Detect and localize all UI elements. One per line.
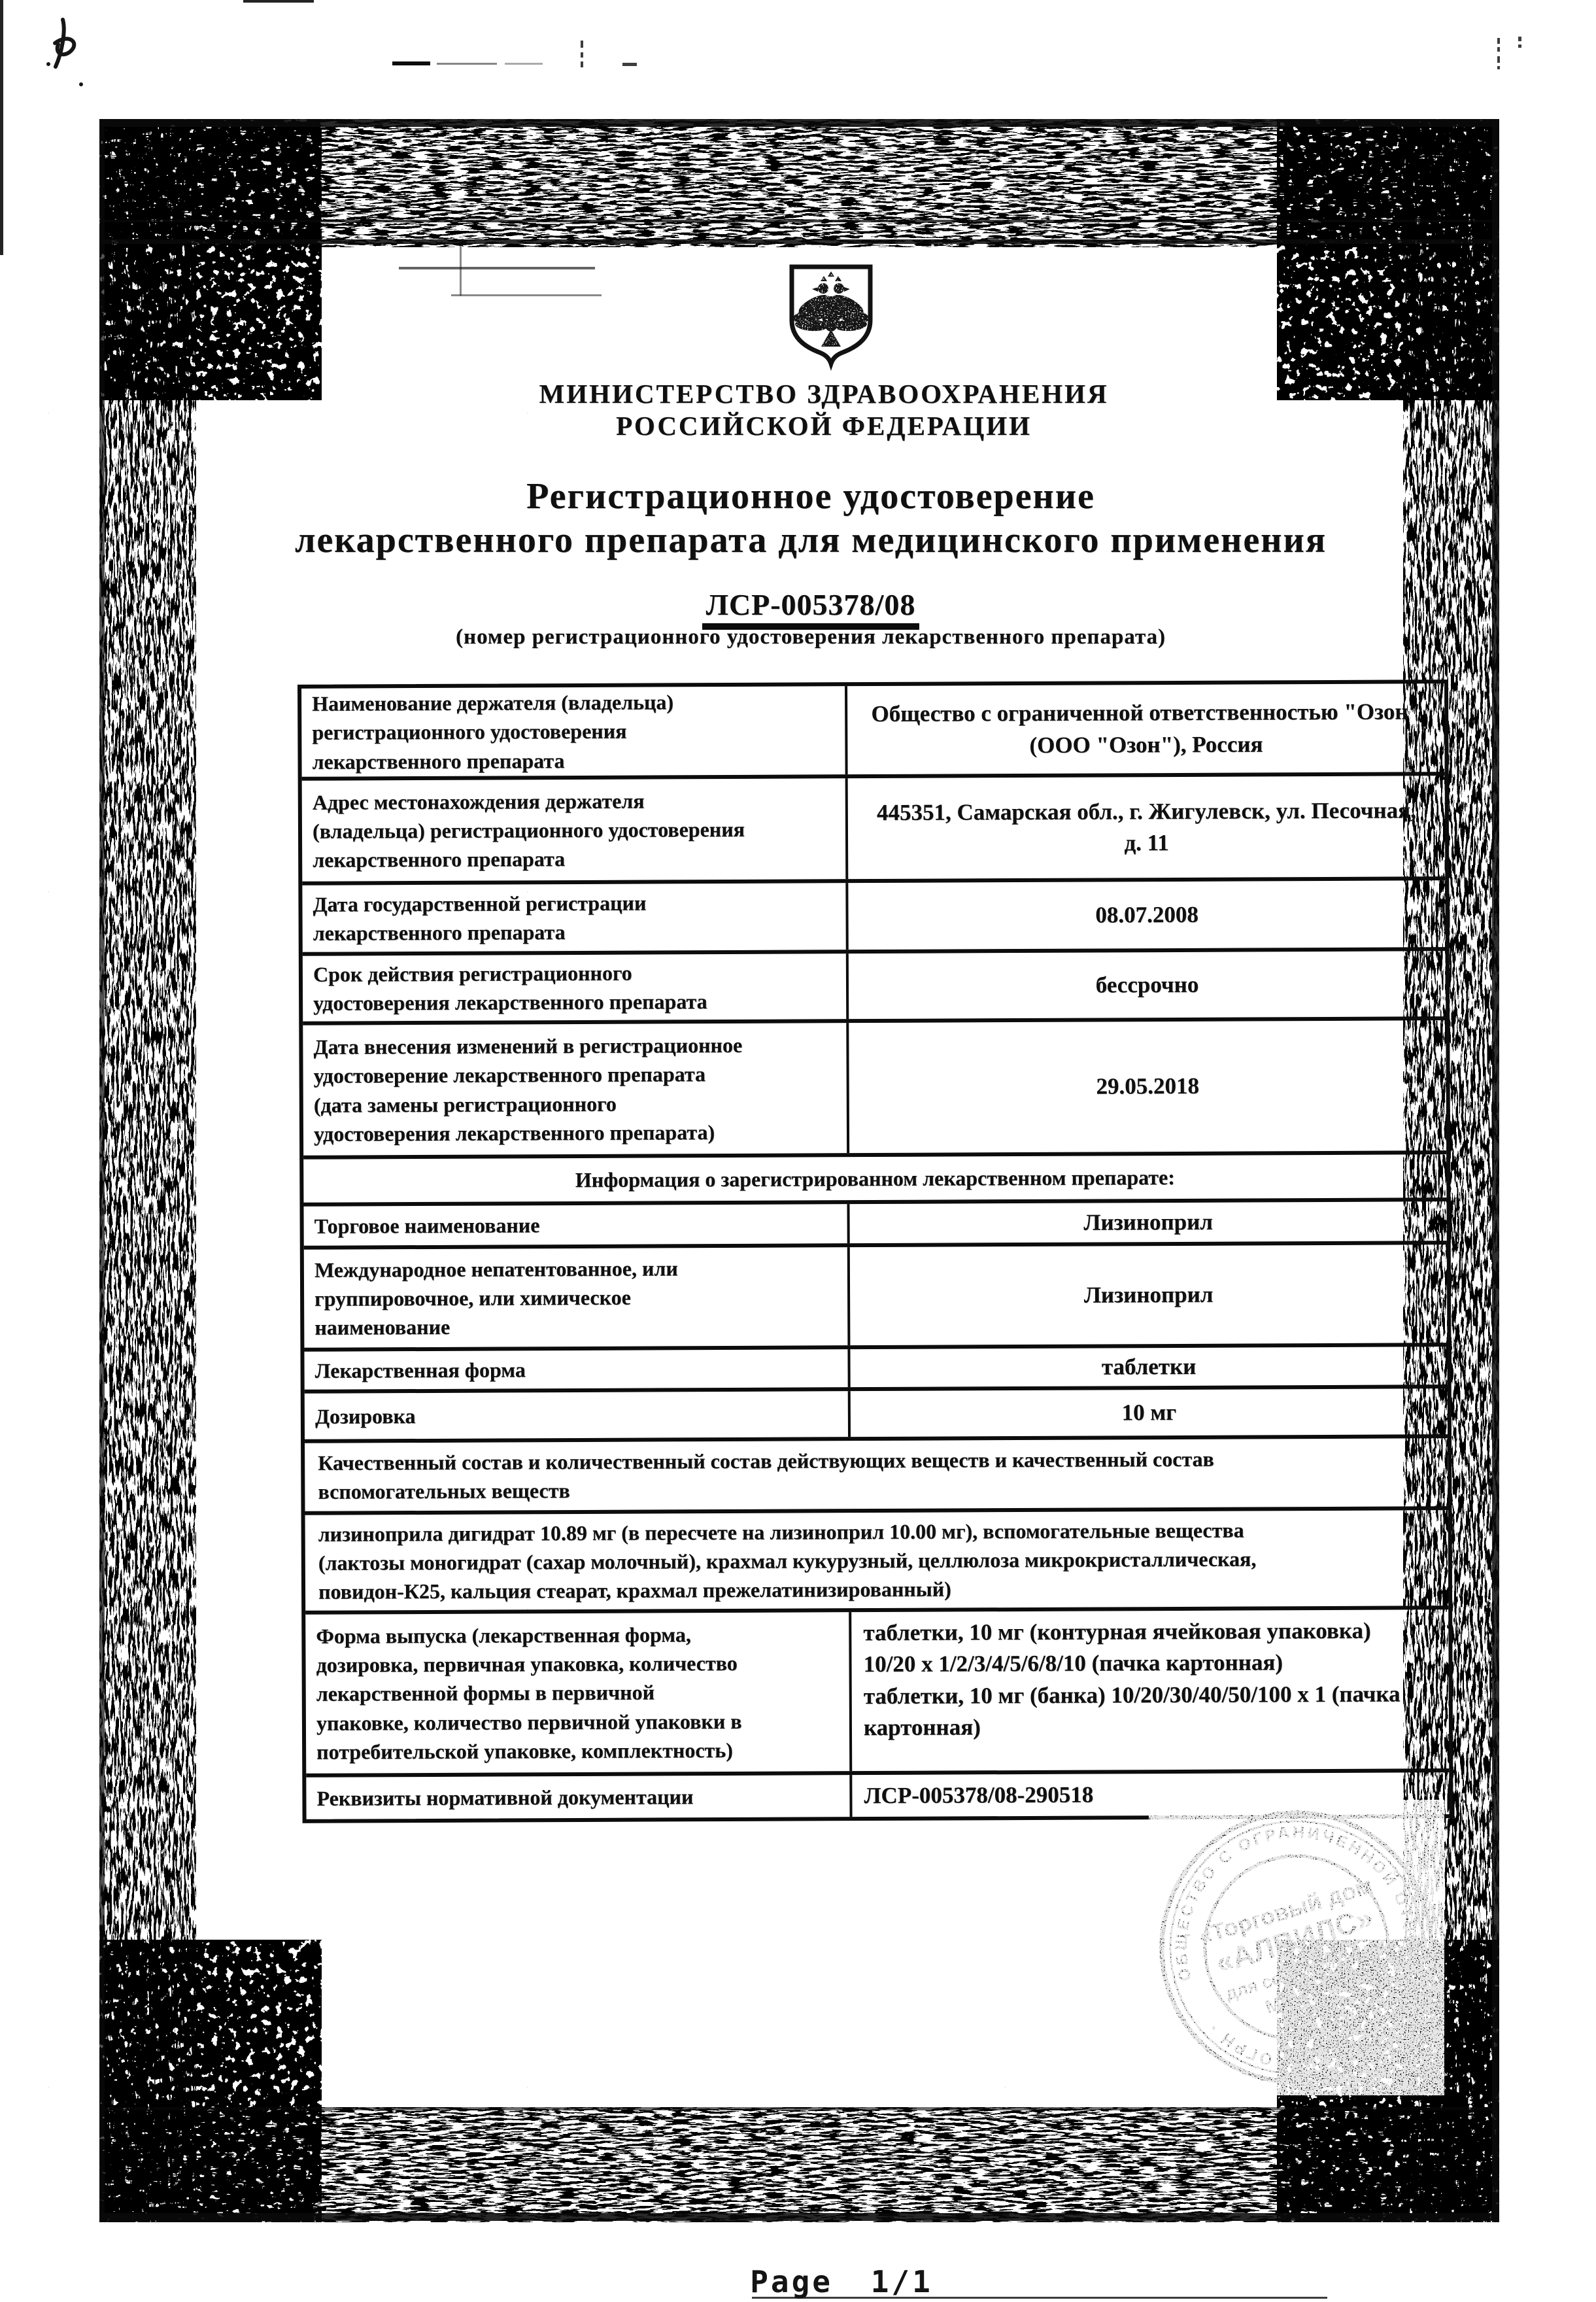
table-row: Адрес местонахождения держателя (владель… [302, 776, 1446, 885]
row-value: бессрочно [849, 951, 1446, 1019]
title-line2: лекарственного препарата для медицинског… [13, 519, 1596, 562]
table-section-row: Информация о зарегистрированном лекарств… [303, 1154, 1446, 1207]
row-value: 08.07.2008 [848, 880, 1445, 950]
registration-number-caption: (номер регистрационного удостоверения ле… [13, 625, 1596, 649]
page-footer: Page 1/1 [645, 2264, 1038, 2299]
table-row: Наименование держателя (владельца) регис… [301, 683, 1445, 781]
table-row: Дозировка 10 мг [305, 1388, 1448, 1443]
row-value: таблетки [850, 1347, 1447, 1387]
table-row: Торговое наименование Лизиноприл [303, 1201, 1446, 1250]
row-value: 29.05.2018 [849, 1020, 1446, 1153]
row-label: Международное непатентованное, или групп… [304, 1247, 851, 1348]
table-fullwidth-row: Качественный состав и количественный сос… [305, 1438, 1448, 1515]
row-label: Адрес местонахождения держателя (владель… [302, 778, 849, 882]
row-label: Торговое наименование [303, 1204, 849, 1246]
table-fullwidth-row: лизиноприла дигидрат 10.89 мг (в пересче… [305, 1510, 1449, 1615]
composition-text: лизиноприла дигидрат 10.89 мг (в пересче… [305, 1510, 1449, 1611]
row-value: Лизиноприл [850, 1245, 1448, 1345]
row-label: Реквизиты нормативной документации [306, 1775, 852, 1819]
row-value: 445351, Самарская обл., г. Жигулевск, ул… [848, 776, 1446, 879]
row-label: Срок действия регистрационного удостовер… [303, 953, 849, 1022]
table-row: Срок действия регистрационного удостовер… [303, 951, 1446, 1025]
registration-number-wrap: ЛСР-005378/08 [13, 587, 1596, 630]
row-label: Наименование держателя (владельца) регис… [301, 686, 848, 777]
document-title: Регистрационное удостоверение лекарствен… [13, 475, 1596, 562]
table-row: Лекарственная форма таблетки [304, 1347, 1447, 1394]
table-row: Форма выпуска (лекарственная форма, дози… [305, 1609, 1449, 1778]
table-row: Реквизиты нормативной документации ЛСР-0… [306, 1772, 1449, 1819]
row-label: Форма выпуска (лекарственная форма, дози… [305, 1612, 852, 1774]
row-value: Лизиноприл [849, 1201, 1446, 1243]
table-row: Дата внесения изменений в регистрационно… [303, 1020, 1446, 1160]
section-header: Информация о зарегистрированном лекарств… [303, 1154, 1446, 1203]
ministry-heading: МИНИСТЕРСТВО ЗДРАВООХРАНЕНИЯ РОССИЙСКОЙ … [39, 378, 1596, 442]
certificate-content: МИНИСТЕРСТВО ЗДРАВООХРАНЕНИЯ РОССИЙСКОЙ … [0, 0, 1596, 2302]
row-label: Дозировка [305, 1391, 851, 1439]
composition-heading: Качественный состав и количественный сос… [305, 1438, 1448, 1511]
row-value: Общество с ограниченной ответственностью… [847, 683, 1445, 774]
row-label: Дата государственной регистрации лекарст… [302, 883, 848, 952]
details-table: Наименование держателя (владельца) регис… [297, 679, 1453, 1823]
row-value: ЛСР-005378/08-290518 [852, 1772, 1449, 1817]
ministry-line1: МИНИСТЕРСТВО ЗДРАВООХРАНЕНИЯ [39, 378, 1596, 410]
title-line1: Регистрационное удостоверение [13, 475, 1596, 519]
row-value: таблетки, 10 мг (контурная ячейковая упа… [851, 1609, 1449, 1771]
row-label: Лекарственная форма [304, 1349, 850, 1390]
registration-number: ЛСР-005378/08 [702, 587, 920, 630]
table-row: Международное непатентованное, или групп… [304, 1245, 1448, 1352]
row-value: 10 мг [851, 1388, 1448, 1437]
table-row: Дата государственной регистрации лекарст… [302, 880, 1445, 956]
row-label: Дата внесения изменений в регистрационно… [303, 1023, 849, 1156]
ministry-line2: РОССИЙСКОЙ ФЕДЕРАЦИИ [39, 410, 1596, 442]
